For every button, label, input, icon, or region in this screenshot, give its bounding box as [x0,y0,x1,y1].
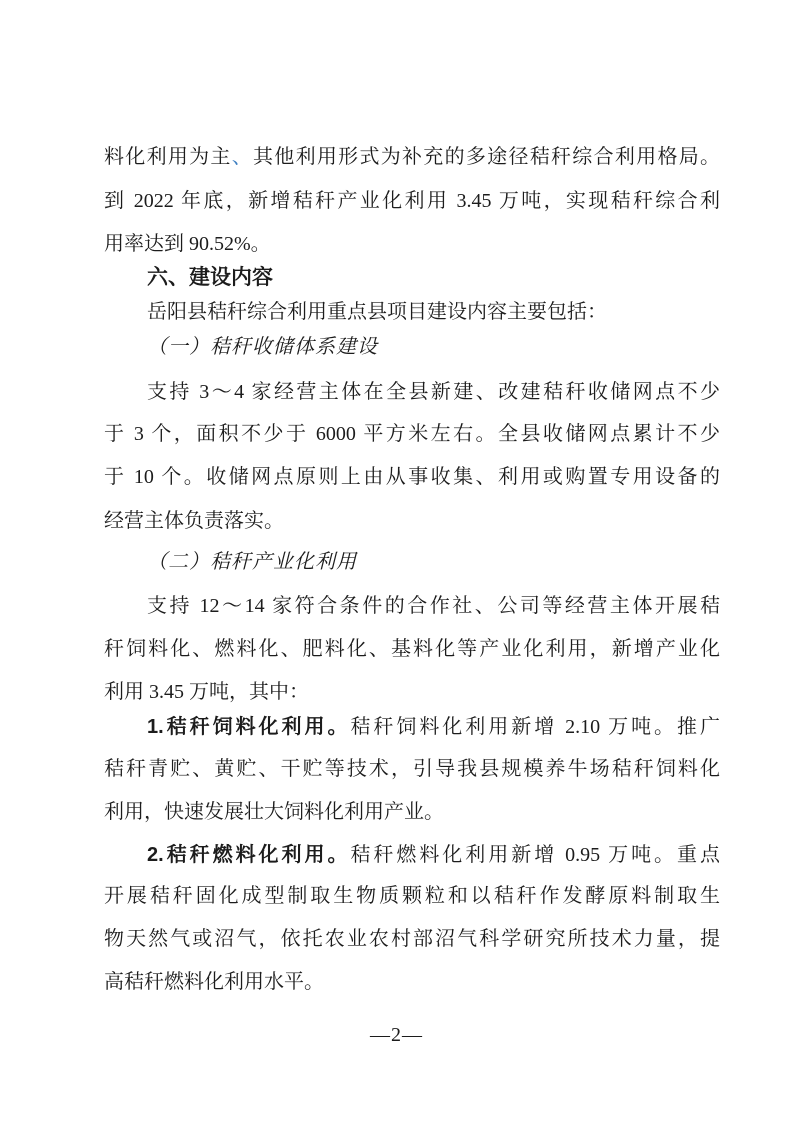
paragraph-line: 利用，快速发展壮大饲料化利用产业。 [104,799,720,825]
paragraph-line: 利用 3.45 万吨，其中： [104,679,720,705]
paragraph-line: 料化利用为主、其他利用形式为补充的多途径秸秆综合利用格局。 [104,144,720,170]
page-number: —2— [0,1024,793,1047]
paragraph-line: 支持 12～14 家符合条件的合作社、公司等经营主体开展秸 [104,593,720,619]
text-segment: 其他利用形式为补充的多途径秸秆综合利用格局。 [253,146,720,168]
blue-punctuation: 、 [232,146,253,168]
paragraph-line: 秆饲料化、燃料化、肥料化、基料化等产业化利用，新增产业化 [104,636,720,662]
document-body: 料化利用为主、其他利用形式为补充的多途径秸秆综合利用格局。 到 2022 年底，… [104,0,720,1122]
text-segment: 秸秆饲料化利用新增 2.10 万吨。推广 [350,716,720,738]
paragraph-line: 物天然气或沼气，依托农业农村部沼气科学研究所技术力量，提 [104,926,720,952]
text-segment: 秸秆燃料化利用新增 0.95 万吨。重点 [350,844,720,866]
paragraph-line: 高秸秆燃料化利用水平。 [104,969,720,995]
paragraph-line: 于 10 个。收储网点原则上由从事收集、利用或购置专用设备的 [104,464,720,490]
paragraph-line: 用率达到 90.52%。 [104,231,720,257]
paragraph-line: 于 3 个，面积不少于 6000 平方米左右。全县收储网点累计不少 [104,421,720,447]
document-page: 料化利用为主、其他利用形式为补充的多途径秸秆综合利用格局。 到 2022 年底，… [0,0,793,1122]
subsection-heading: （一）秸秆收储体系建设 [104,334,720,360]
text-segment: 料化利用为主 [104,146,232,168]
paragraph-line: 经营主体负责落实。 [104,508,720,534]
paragraph-line: 1.秸秆饲料化利用。秸秆饲料化利用新增 2.10 万吨。推广 [104,714,720,740]
subsection-heading: （二）秸秆产业化利用 [104,549,720,575]
item-lead-bold: 1.秸秆饲料化利用。 [147,716,350,738]
paragraph-line: 秸秆青贮、黄贮、干贮等技术，引导我县规模养牛场秸秆饲料化 [104,756,720,782]
section-heading: 六、建设内容 [104,265,720,291]
paragraph-line: 支持 3～4 家经营主体在全县新建、改建秸秆收储网点不少 [104,379,720,405]
paragraph-line: 2.秸秆燃料化利用。秸秆燃料化利用新增 0.95 万吨。重点 [104,842,720,868]
item-lead-bold: 2.秸秆燃料化利用。 [147,844,350,866]
paragraph-line: 开展秸秆固化成型制取生物质颗粒和以秸秆作发酵原料制取生 [104,883,720,909]
paragraph-line: 到 2022 年底，新增秸秆产业化利用 3.45 万吨，实现秸秆综合利 [104,188,720,214]
paragraph-line: 岳阳县秸秆综合利用重点县项目建设内容主要包括： [104,299,720,325]
